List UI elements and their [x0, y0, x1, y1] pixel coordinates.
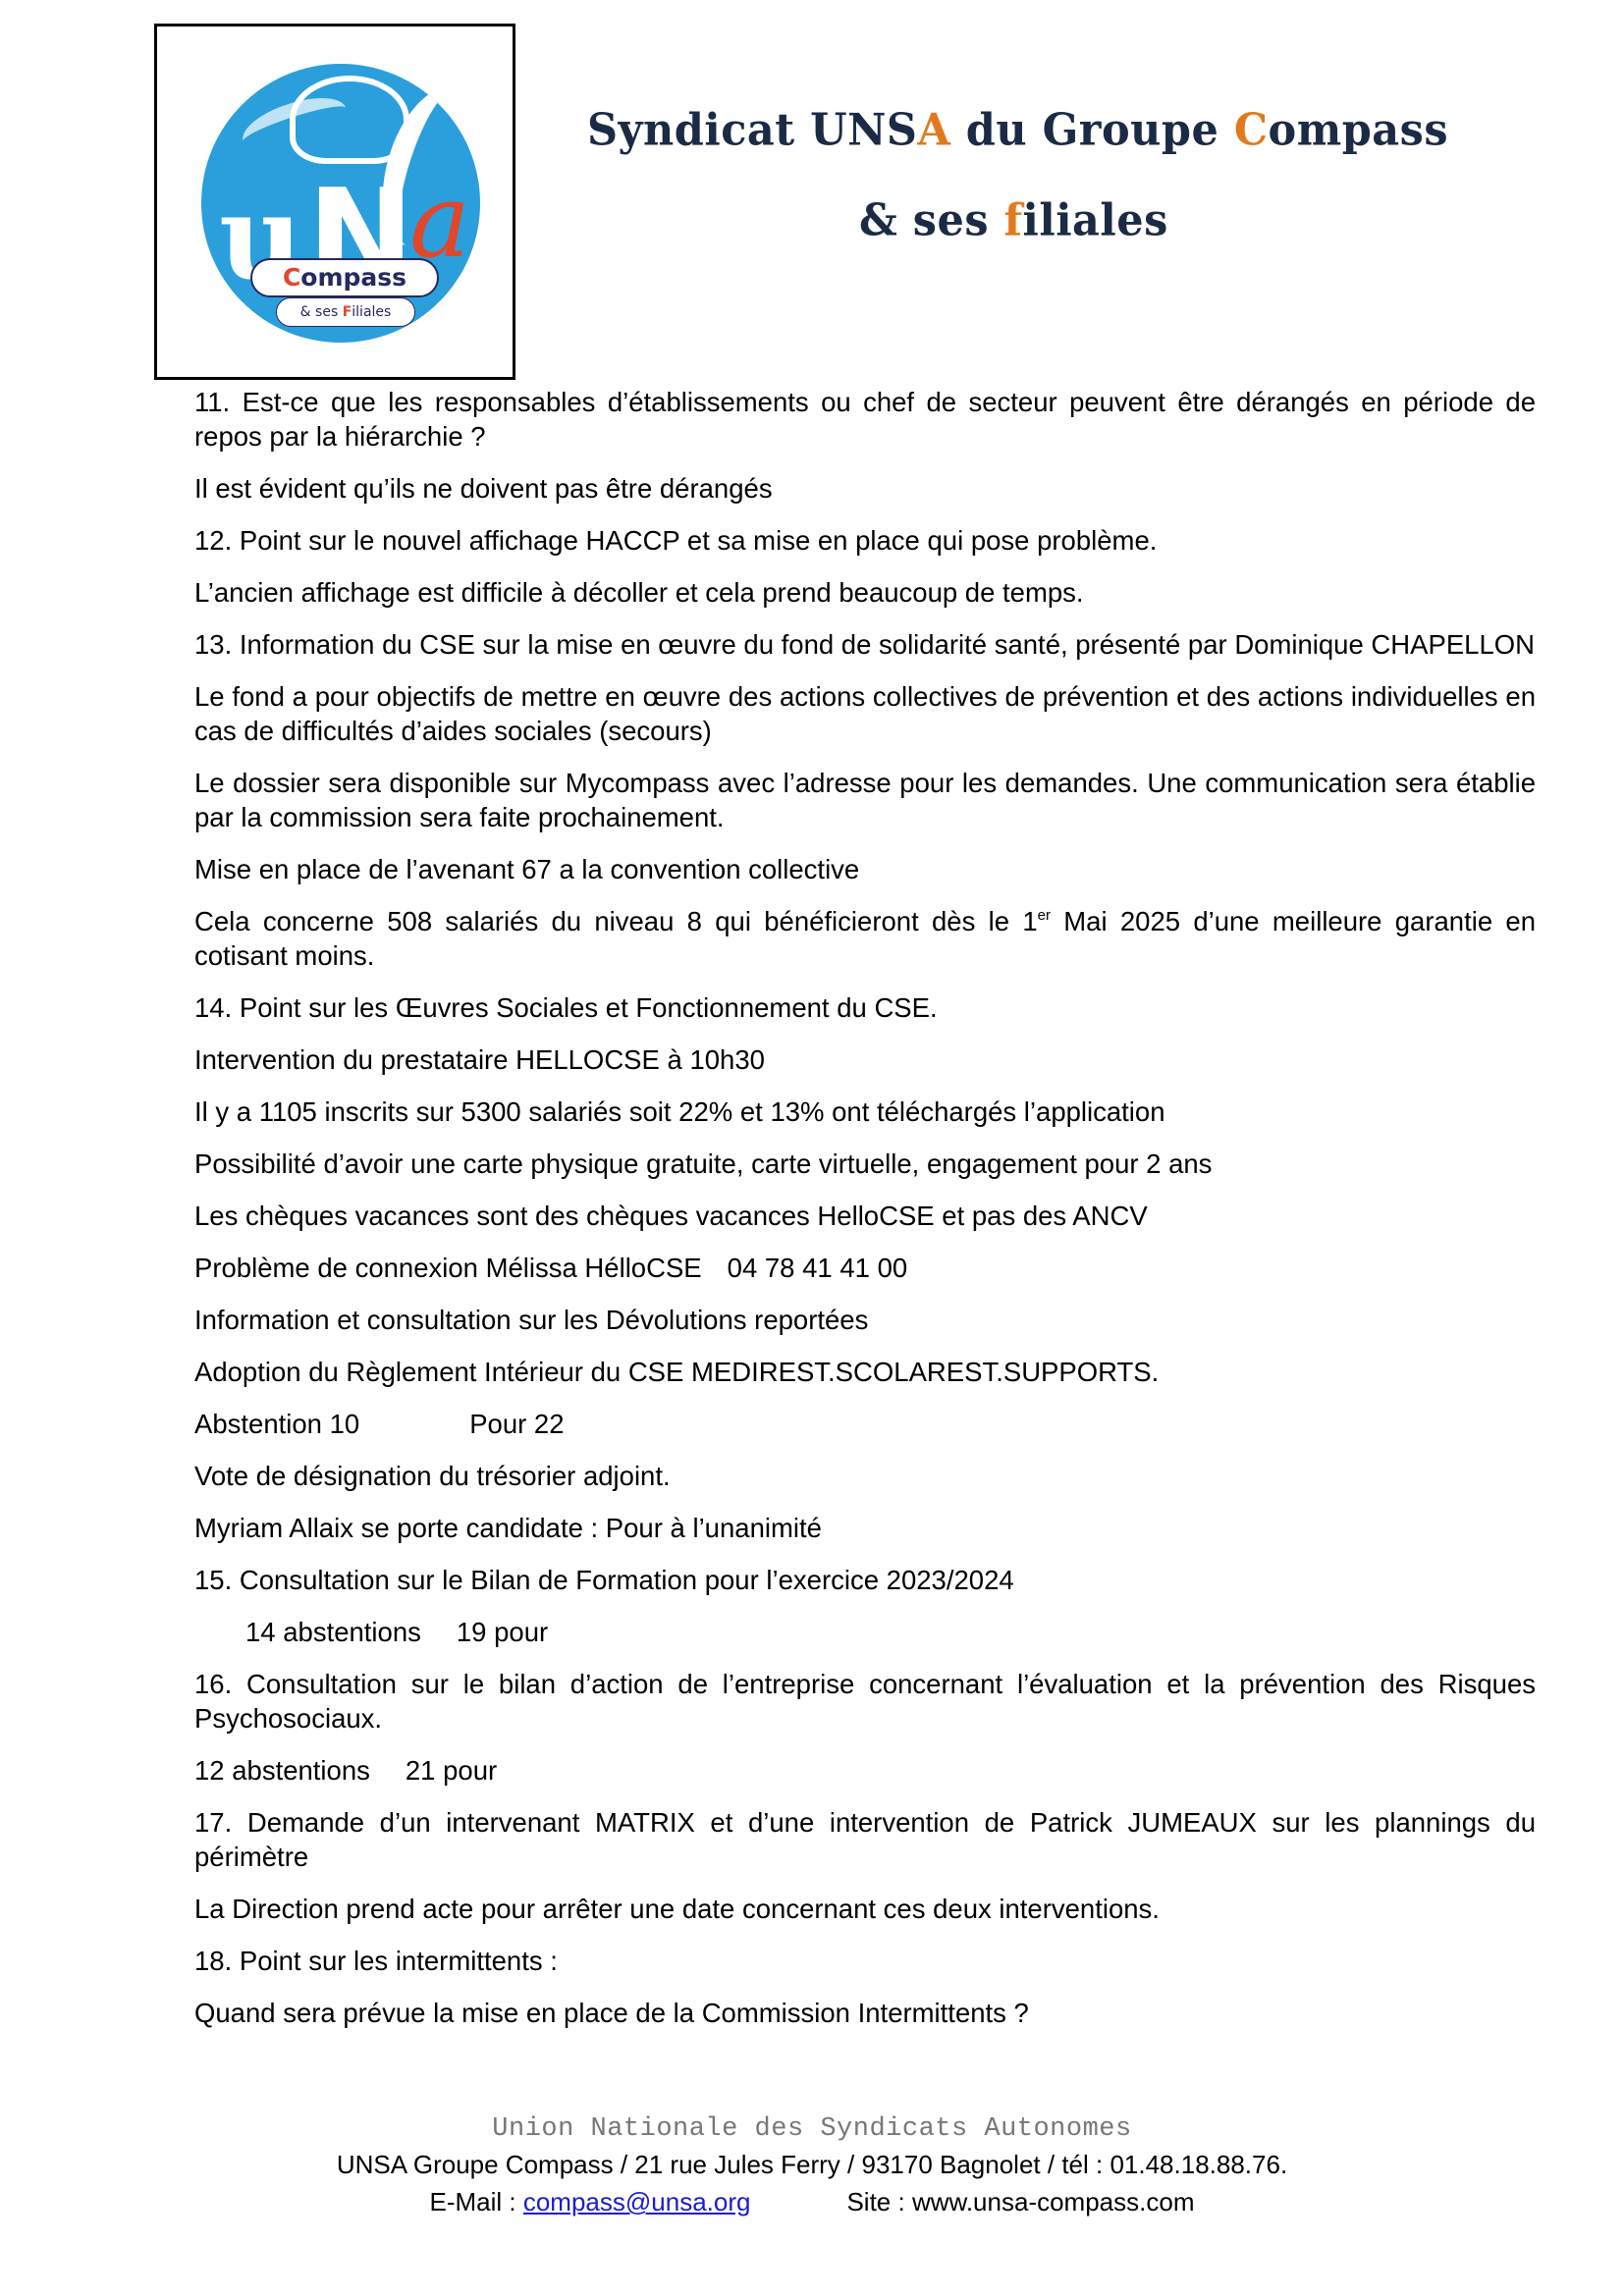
vote-pour: 19 pour	[457, 1617, 548, 1647]
paragraph: Il y a 1105 inscrits sur 5300 salariés s…	[194, 1095, 1536, 1129]
paragraph-item-17: 17. Demande d’un intervenant MATRIX et d…	[194, 1805, 1536, 1874]
vote-pour: Pour 22	[469, 1409, 564, 1439]
paragraph: Vote de désignation du trésorier adjoint…	[194, 1459, 1536, 1493]
paragraph: Quand sera prévue la mise en place de la…	[194, 1996, 1536, 2030]
logo-compass-rest: ompass	[300, 263, 406, 292]
header-text: du Groupe	[950, 105, 1234, 157]
footer-union-name: Union Nationale des Syndicats Autonomes	[0, 2114, 1624, 2144]
header-title-line1: Syndicat UNSA du Groupe Compass	[587, 105, 1448, 157]
header-accent: C	[1234, 105, 1269, 157]
paragraph-item-13: 13. Information du CSE sur la mise en œu…	[194, 627, 1536, 662]
logo-filiales-rest: iliales	[352, 304, 391, 320]
paragraph: Information et consultation sur les Dévo…	[194, 1303, 1536, 1337]
website-text: Site : www.unsa-compass.com	[846, 2187, 1194, 2216]
header-text: & ses	[859, 195, 1004, 247]
logo-circle: u N a Compass & ses Filiales	[201, 64, 480, 343]
paragraph: L’ancien affichage est difficile à décol…	[194, 575, 1536, 610]
paragraph-item-14: 14. Point sur les Œuvres Sociales et Fon…	[194, 990, 1536, 1025]
document-body: 11. Est-ce que les responsables d’établi…	[194, 385, 1536, 2048]
footer-contact: E-Mail : compass@unsa.orgSite : www.unsa…	[0, 2187, 1624, 2217]
union-logo: u N a Compass & ses Filiales	[154, 24, 515, 380]
text: Cela concerne 508 salariés du niveau 8 q…	[194, 906, 1038, 936]
vote-result-rps: 12 abstentions21 pour	[194, 1753, 1536, 1788]
email-label: E-Mail :	[430, 2187, 523, 2216]
vote-abstention: Abstention 10	[194, 1409, 359, 1439]
header-accent: f	[1004, 195, 1023, 247]
phone-number: 04 78 41 41 00	[728, 1253, 908, 1283]
logo-compass-pill: Compass	[250, 258, 439, 297]
logo-letter-a: a	[409, 170, 470, 272]
paragraph-item-16: 16. Consultation sur le bilan d’action d…	[194, 1667, 1536, 1735]
paragraph: Les chèques vacances sont des chèques va…	[194, 1199, 1536, 1233]
paragraph: Mise en place de l’avenant 67 a la conve…	[194, 852, 1536, 886]
logo-filiales-prefix: & ses	[300, 304, 343, 320]
text: Problème de connexion Mélissa HélloCSE	[194, 1253, 702, 1283]
paragraph-item-18: 18. Point sur les intermittents :	[194, 1944, 1536, 1978]
header-text: iliales	[1023, 195, 1168, 247]
paragraph: Le fond a pour objectifs de mettre en œu…	[194, 679, 1536, 748]
vote-result-formation: 14 abstentions19 pour	[194, 1615, 1536, 1649]
vote-pour: 21 pour	[406, 1755, 497, 1786]
header-title-line2: & ses filiales	[859, 195, 1168, 247]
header-text: ompass	[1269, 105, 1449, 157]
paragraph: Adoption du Règlement Intérieur du CSE M…	[194, 1355, 1536, 1389]
vote-result-reglement: Abstention 10Pour 22	[194, 1407, 1536, 1441]
header-accent: A	[917, 105, 950, 157]
paragraph: Myriam Allaix se porte candidate : Pour …	[194, 1511, 1536, 1545]
paragraph: Il est évident qu’ils ne doivent pas êtr…	[194, 471, 1536, 506]
paragraph: Intervention du prestataire HELLOCSE à 1…	[194, 1042, 1536, 1077]
paragraph: Le dossier sera disponible sur Mycompass…	[194, 766, 1536, 834]
footer-address: UNSA Groupe Compass / 21 rue Jules Ferry…	[0, 2150, 1624, 2180]
header-text: Syndicat UNS	[587, 105, 917, 157]
paragraph-item-15: 15. Consultation sur le Bilan de Formati…	[194, 1563, 1536, 1597]
email-link[interactable]: compass@unsa.org	[523, 2187, 751, 2216]
superscript: er	[1038, 907, 1051, 924]
paragraph: Possibilité d’avoir une carte physique g…	[194, 1147, 1536, 1181]
vote-abstention: 12 abstentions	[194, 1755, 370, 1786]
paragraph-connexion: Problème de connexion Mélissa HélloCSE04…	[194, 1251, 1536, 1285]
paragraph-item-12: 12. Point sur le nouvel affichage HACCP …	[194, 523, 1536, 558]
paragraph: La Direction prend acte pour arrêter une…	[194, 1892, 1536, 1926]
paragraph-avenant: Cela concerne 508 salariés du niveau 8 q…	[194, 904, 1536, 973]
logo-filiales-pill: & ses Filiales	[276, 297, 415, 327]
logo-filiales-initial: F	[343, 304, 352, 320]
logo-compass-initial: C	[283, 263, 300, 292]
vote-abstention: 14 abstentions	[245, 1617, 421, 1647]
paragraph-item-11: 11. Est-ce que les responsables d’établi…	[194, 385, 1536, 454]
